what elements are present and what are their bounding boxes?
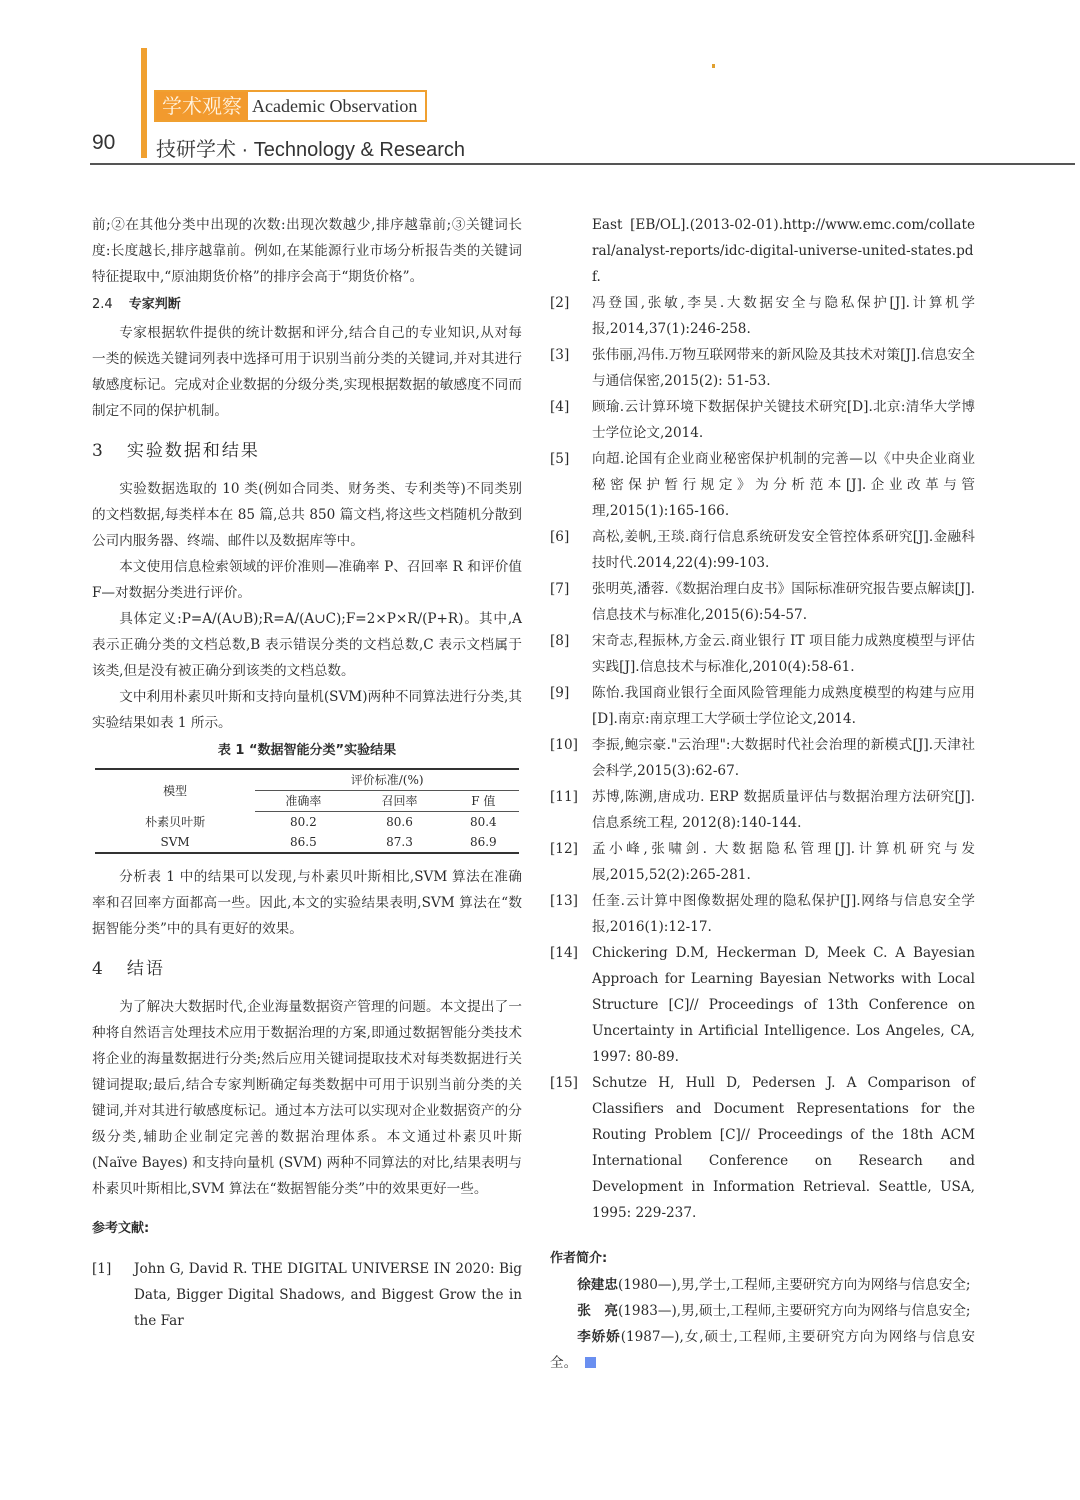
accent-bar [141,48,147,158]
table-cell: 80.6 [351,812,447,833]
reference-text: 顾瑜.云计算环境下数据保护关键技术研究[D].北京:清华大学博士学位论文,201… [592,394,975,446]
reference-item: [6]高松,姜帆,王琰.商行信息系统研发安全管控体系研究[J].金融科技时代.2… [550,524,975,576]
column-brand: 学术观察 Academic Observation [154,90,427,122]
author-bio: 徐建忠(1980—),男,学士,工程师,主要研究方向为网络与信息安全; [550,1272,975,1298]
reference-item: [3]张伟丽,冯伟.万物互联网带来的新风险及其技术对策[J].信息安全与通信保密… [550,342,975,394]
reference-number: [3] [550,342,592,394]
reference-item: [8]宋奇志,程振林,方金云.商业银行 IT 项目能力成熟度模型与评估实践[J]… [550,628,975,680]
right-column: East [EB/OL].(2013-02-01).http://www.emc… [550,212,975,1376]
reference-item: [4]顾瑜.云计算环境下数据保护关键技术研究[D].北京:清华大学博士学位论文,… [550,394,975,446]
reference-item: [13]任奎.云计算中图像数据处理的隐私保护[J].网络与信息安全学报,2016… [550,888,975,940]
reference-text: 张明英,潘蓉.《数据治理白皮书》国际标准研究报告要点解读[J].信息技术与标准化… [592,576,975,628]
reference-text: 苏博,陈溯,唐成功. ERP 数据质量评估与数据治理方法研究[J].信息系统工程… [592,784,975,836]
author-name: 张 亮 [577,1303,618,1319]
reference-text: John G, David R. THE DIGITAL UNIVERSE IN… [134,1256,522,1334]
table-header-group: 评价标准/(%) [255,769,519,791]
reference-text: 任奎.云计算中图像数据处理的隐私保护[J].网络与信息安全学报,2016(1):… [592,888,975,940]
section-number: 4 [92,959,105,979]
reference-item: [12]孟小峰,张啸剑. 大数据隐私管理[J].计算机研究与发展,2015,52… [550,836,975,888]
table-cell: 朴素贝叶斯 [95,812,255,833]
reference-item: [5]向超.论国有企业商业秘密保护机制的完善—以《中央企业商业秘密保护暂行规定》… [550,446,975,524]
author-name: 徐建忠 [577,1277,618,1293]
paragraph: 专家根据软件提供的统计数据和评分,结合自己的专业知识,从对每一类的候选关键词列表… [92,320,522,424]
reference-text: Schutze H, Hull D, Pedersen J. A Compari… [592,1070,975,1226]
author-bio: 张 亮(1983—),男,硕士,工程师,主要研究方向为网络与信息安全; [550,1298,975,1324]
reference-item: [9]陈怡.我国商业银行全面风险管理能力成熟度模型的构建与应用[D].南京:南京… [550,680,975,732]
brand-en: Academic Observation [248,92,425,120]
reference-number: [12] [550,836,592,888]
reference-list: [2]冯登国,张敏,李昊.大数据安全与隐私保护[J].计算机学报,2014,37… [550,290,975,1226]
section-title-text: 结语 [127,959,165,979]
reference-number: [4] [550,394,592,446]
table-header-model: 模型 [95,769,255,812]
decorative-dot [712,64,715,68]
reference-text: Chickering D.M, Heckerman D, Meek C. A B… [592,940,975,1070]
reference-number: [15] [550,1070,592,1226]
reference-number: [7] [550,576,592,628]
paragraph: 文中利用朴素贝叶斯和支持向量机(SVM)两种不同算法进行分类,其实验结果如表 1… [92,684,522,736]
reference-continuation: East [EB/OL].(2013-02-01).http://www.emc… [550,212,975,290]
reference-text: 张伟丽,冯伟.万物互联网带来的新风险及其技术对策[J].信息安全与通信保密,20… [592,342,975,394]
subsection-number: 2.4 [92,297,113,312]
section-number: 3 [92,441,105,461]
table-cell: SVM [95,832,255,853]
table-header-cell: 准确率 [255,791,351,812]
paragraph: 具体定义:P=A/(A∪B);R=A/(A∪C);F=2×P×R/(P+R)。其… [92,606,522,684]
brand-cn: 学术观察 [156,92,248,120]
reference-number: [5] [550,446,592,524]
table-header-cell: 召回率 [351,791,447,812]
reference-item: [10]李振,鲍宗豪."云治理":大数据时代社会治理的新模式[J].天津社会科学… [550,732,975,784]
table-caption: 表 1 “数据智能分类”实验结果 [92,738,522,764]
reference-number: [8] [550,628,592,680]
section-title: 技研学术 · Technology & Research [156,133,465,162]
reference-text: 高松,姜帆,王琰.商行信息系统研发安全管控体系研究[J].金融科技时代.2014… [592,524,975,576]
subsection-heading: 2.4专家判断 [92,292,522,318]
section-heading: 3实验数据和结果 [92,438,522,464]
table-cell: 80.4 [448,812,519,833]
reference-text: 李振,鲍宗豪."云治理":大数据时代社会治理的新模式[J].天津社会科学,201… [592,732,975,784]
results-table: 模型 评价标准/(%) 准确率 召回率 F 值 朴素贝叶斯 80.2 80.6 … [95,768,519,854]
paragraph: 分析表 1 中的结果可以发现,与朴素贝叶斯相比,SVM 算法在准确率和召回率方面… [92,864,522,942]
table-header-cell: F 值 [448,791,519,812]
end-of-article-icon [585,1357,596,1368]
reference-number: [2] [550,290,592,342]
paragraph: 前;②在其他分类中出现的次数:出现次数越少,排序越靠前;③关键词长度:长度越长,… [92,212,522,290]
section-heading: 4结语 [92,956,522,982]
reference-text: 陈怡.我国商业银行全面风险管理能力成熟度模型的构建与应用[D].南京:南京理工大… [592,680,975,732]
author-name: 李娇娇 [577,1329,621,1345]
reference-text: 孟小峰,张啸剑. 大数据隐私管理[J].计算机研究与发展,2015,52(2):… [592,836,975,888]
table-cell: 86.9 [448,832,519,853]
table-cell: 86.5 [255,832,351,853]
reference-number: [6] [550,524,592,576]
reference-number: [13] [550,888,592,940]
table-row: 朴素贝叶斯 80.2 80.6 80.4 [95,812,519,833]
reference-item: [15]Schutze H, Hull D, Pedersen J. A Com… [550,1070,975,1226]
reference-item: [7]张明英,潘蓉.《数据治理白皮书》国际标准研究报告要点解读[J].信息技术与… [550,576,975,628]
author-bio: 李娇娇(1987—),女,硕士,工程师,主要研究方向为网络与信息安全。 [550,1324,975,1376]
reference-number: [10] [550,732,592,784]
paragraph: 本文使用信息检索领域的评价准则—准确率 P、召回率 R 和评价值 F—对数据分类… [92,554,522,606]
subsection-title: 专家判断 [129,297,181,312]
reference-number: [9] [550,680,592,732]
table-cell: 80.2 [255,812,351,833]
reference-item: [14]Chickering D.M, Heckerman D, Meek C.… [550,940,975,1070]
table-row: SVM 86.5 87.3 86.9 [95,832,519,853]
reference-item: [11]苏博,陈溯,唐成功. ERP 数据质量评估与数据治理方法研究[J].信息… [550,784,975,836]
reference-number: [11] [550,784,592,836]
reference-text: 宋奇志,程振林,方金云.商业银行 IT 项目能力成熟度模型与评估实践[J].信息… [592,628,975,680]
paragraph: 为了解决大数据时代,企业海量数据资产管理的问题。本文提出了一种将自然语言处理技术… [92,994,522,1202]
reference-text: 向超.论国有企业商业秘密保护机制的完善—以《中央企业商业秘密保护暂行规定》为分析… [592,446,975,524]
author-detail: (1983—),男,硕士,工程师,主要研究方向为网络与信息安全; [618,1303,971,1319]
section-title-text: 实验数据和结果 [127,441,260,461]
header-divider [90,163,1075,165]
page-number: 90 [92,131,115,155]
table-cell: 87.3 [351,832,447,853]
authors-heading: 作者简介: [550,1246,975,1272]
reference-number: [14] [550,940,592,1070]
reference-text: 冯登国,张敏,李昊.大数据安全与隐私保护[J].计算机学报,2014,37(1)… [592,290,975,342]
reference-item: [2]冯登国,张敏,李昊.大数据安全与隐私保护[J].计算机学报,2014,37… [550,290,975,342]
left-column: 前;②在其他分类中出现的次数:出现次数越少,排序越靠前;③关键词长度:长度越长,… [92,212,522,1334]
references-heading: 参考文献: [92,1216,522,1242]
reference-number: [1] [92,1256,134,1334]
paragraph: 实验数据选取的 10 类(例如合同类、财务类、专利类等)不同类别的文档数据,每类… [92,476,522,554]
author-detail: (1980—),男,学士,工程师,主要研究方向为网络与信息安全; [618,1277,971,1293]
reference-item: [1] John G, David R. THE DIGITAL UNIVERS… [92,1256,522,1334]
